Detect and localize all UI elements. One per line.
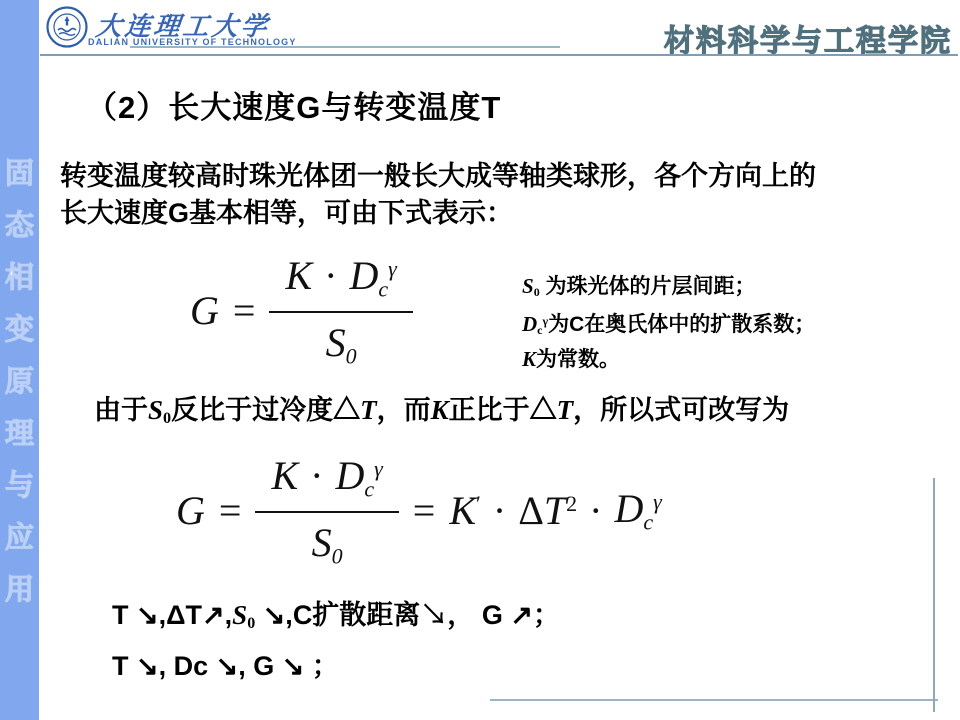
derived-growth-rate-formula: G = K·Dcγ S0 = K′ · ΔT2 · Dcγ (176, 452, 662, 569)
equals-sign: = (413, 487, 436, 534)
dot-operator: · (589, 487, 602, 534)
legend-line-dc: Dcγ为C在奥氏体中的扩散系数； (522, 307, 815, 345)
fraction-numerator: K·Dcγ (255, 452, 398, 513)
sidebar-char: 相 (5, 252, 34, 304)
university-logo-icon (46, 6, 88, 48)
footer-vertical-line (933, 478, 935, 712)
sidebar-vertical-bar: 固 态 相 变 原 理 与 应 用 (0, 0, 39, 720)
fraction: K·Dcγ S0 (269, 252, 412, 369)
formula-lhs: G (176, 487, 205, 534)
intro-paragraph: 转变温度较高时珠光体团一般长大成等轴类球形，各个方向上的 长大速度G基本相等，可… (60, 158, 940, 232)
dc-gamma-term: Dcγ (615, 485, 662, 536)
sidebar-char: 与 (5, 460, 34, 512)
fraction-denominator: S0 (312, 513, 343, 570)
legend-line-s0: S0 为珠光体的片层间距； (522, 272, 815, 307)
slide-header: 大连理工大学 DALIAN UNIVERSITY OF TECHNOLOGY 材… (0, 0, 960, 56)
derivation-paragraph: 由于S0反比于过冷度△T，而K正比于△T，所以式可改写为 (94, 388, 954, 428)
intro-paragraph-line1: 转变温度较高时珠光体团一般长大成等轴类球形，各个方向上的 (60, 158, 940, 195)
legend-line-k: K为常数。 (522, 345, 815, 374)
equals-sign: = (219, 487, 242, 534)
dot-operator: · (493, 487, 506, 534)
logo-underline (130, 46, 560, 48)
header-divider-line (40, 54, 958, 56)
footer-horizontal-line (490, 699, 938, 701)
fraction-numerator: K·Dcγ (269, 252, 412, 313)
sidebar-char: 用 (5, 564, 34, 616)
equals-sign: = (233, 287, 256, 334)
fraction: K·Dcγ S0 (255, 452, 398, 569)
sidebar-char: 理 (5, 408, 34, 460)
intro-paragraph-line2: 长大速度G基本相等，可由下式表示： (60, 195, 940, 232)
formula-legend: S0 为珠光体的片层间距； Dcγ为C在奥氏体中的扩散系数； K为常数。 (522, 272, 815, 374)
sidebar-char: 固 (5, 148, 34, 200)
sidebar-char: 变 (5, 304, 34, 356)
formula-lhs: G (190, 287, 219, 334)
sidebar-char: 应 (5, 512, 34, 564)
slide-title: （2）长大速度G与转变温度T (86, 82, 501, 127)
k-prime-term: K′ (449, 487, 481, 534)
sidebar-course-title: 固 态 相 变 原 理 与 应 用 (0, 148, 39, 616)
conclusion-lines: T ↘,ΔT↗,S0 ↘,C扩散距离↘， G ↗； T ↘, Dc ↘, G ↘… (112, 594, 560, 687)
fraction-denominator: S0 (326, 313, 357, 370)
conclusion-line2: T ↘, Dc ↘, G ↘ ； (112, 645, 560, 687)
sidebar-char: 态 (5, 200, 34, 252)
growth-rate-formula: G = K·Dcγ S0 (190, 252, 413, 369)
conclusion-line1: T ↘,ΔT↗,S0 ↘,C扩散距离↘， G ↗； (112, 594, 560, 645)
delta-t-squared-term: ΔT2 (518, 487, 577, 534)
sidebar-char: 原 (5, 356, 34, 408)
